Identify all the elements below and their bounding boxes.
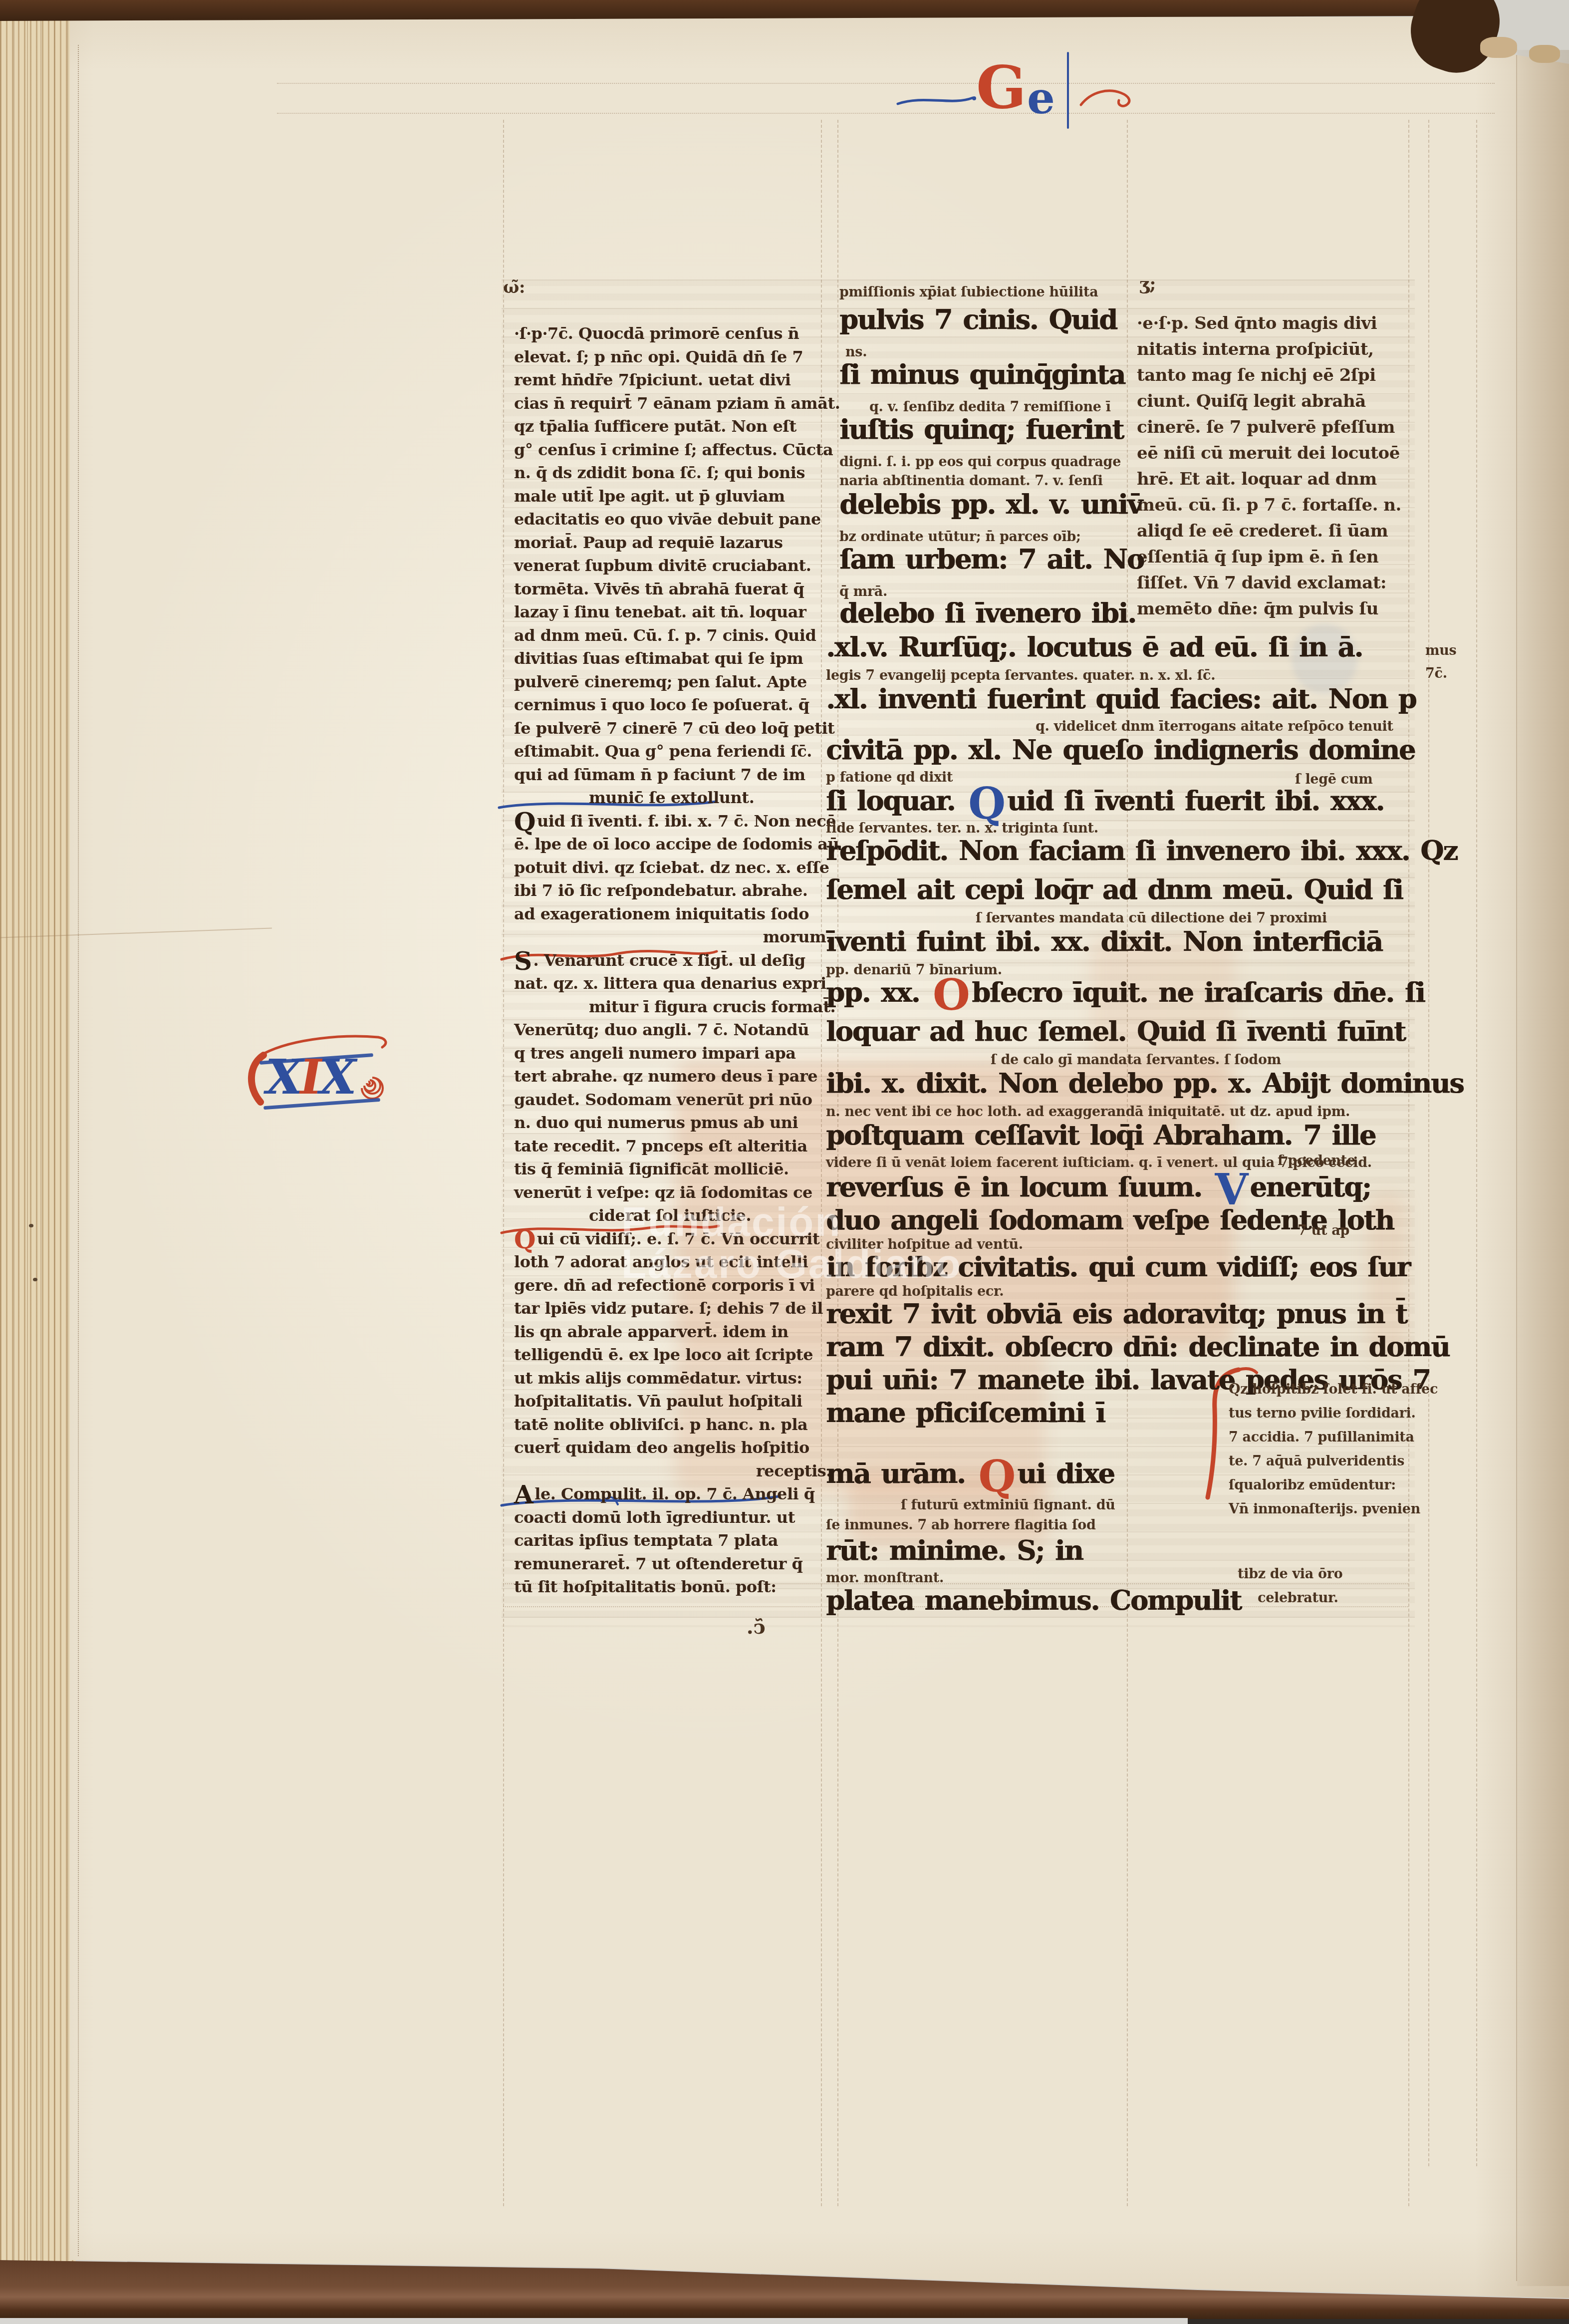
- right-crease: [1516, 55, 1517, 2281]
- bible-line: .xl. inventi fuerint quid facies: ait. N…: [826, 683, 1416, 715]
- bible-line: pulvis 7 cinis. Quid: [839, 303, 1117, 335]
- gloss-line: nitatis interna proſpiciūt,: [1137, 336, 1410, 362]
- bible-line: pp. denariū 7 bīnarium.: [826, 962, 1002, 978]
- bible-line: q. videlicet dnm īterrogans aitate reſpō…: [1036, 719, 1393, 734]
- gloss-line: elevat. ſ; p nn̄c opi. Quidā dn̄ ſe 7: [514, 345, 837, 369]
- chapter-numeral-group: XIX: [235, 1033, 399, 1128]
- illuminated-initial: Q: [976, 1451, 1017, 1501]
- bible-line: ns.: [845, 344, 867, 360]
- bible-line: iuſtis quinq; fuerint: [839, 413, 1123, 445]
- bible-line: q. v. ſenſibz dedita 7 remiſſione ī: [869, 399, 1111, 415]
- gloss-line: g° cenſus ī crimine ſ; affectus. Cūcta: [514, 438, 837, 462]
- bible-line: reverſus ē in locum ſuum. Venerūtq;: [826, 1171, 1371, 1203]
- gloss-line: lis qn abrale apparvert̄. idem in: [514, 1320, 837, 1344]
- bible-line: ſ ſervantes mandata cū dilectione dei 7 …: [976, 910, 1327, 926]
- gloss-line: qui ad ſūmam n̄ p faciunt 7 de im: [514, 763, 837, 787]
- manuscript-photo: G e XIX ·ſ·p·7c̄. Quocdā primorē cenſu: [0, 0, 1569, 2324]
- gloss-line: ut mkis alijs commēdatur. virtus:: [514, 1367, 837, 1390]
- gloss-line: qz tp̄alia ſufficere putāt. Non eſt: [514, 415, 837, 438]
- bible-line: platea manebimus. Compulit: [826, 1584, 1241, 1616]
- right-gloss-column: ·e·ſ·p. Sed q̄nto magis divinitatis inte…: [1137, 310, 1410, 622]
- bible-line: fide ſervantes. ter. n. x. triginta ſunt…: [826, 821, 1098, 836]
- gloss-line: mitur ī figura crucis format̄.: [514, 995, 837, 1019]
- gloss-line: cuert̄ quidam deo angelis hoſpitio: [514, 1436, 837, 1459]
- bible-line: ſi loquar. Quid ſi īventi fuerit ibi. xx…: [826, 785, 1384, 817]
- marginal-note: ſ pcedente: [1278, 1153, 1355, 1168]
- running-title-blue-stroke: [1067, 52, 1069, 129]
- ruling-vertical: [503, 120, 504, 2206]
- bible-line: īventi fuint ibi. xx. dixit. Non interfi…: [826, 925, 1382, 957]
- watermark-line2: Lázaro Galdiano: [621, 1241, 962, 1288]
- gloss-line: remt hn̄dr̄e 7ſpiciunt. uetat divi: [514, 368, 837, 392]
- page-tab: [1480, 37, 1517, 58]
- ruling-horizontal: [277, 113, 1495, 114]
- bible-line: ſ de calo gī mandata ſervantes. ſ ſodom: [991, 1052, 1281, 1068]
- bible-line: pp. xx. Obſecro īquit. ne iraſcaris dn̄e…: [826, 976, 1424, 1008]
- gloss-line: Venerūtq; duo angli. 7 c̄. Notandū: [514, 1018, 837, 1042]
- ruling-vertical: [1476, 120, 1477, 2166]
- shadow-wedge: [1188, 2319, 1569, 2324]
- bible-line: ſam urbem: 7 ait. No: [839, 543, 1144, 575]
- illuminated-initial: A: [514, 1480, 534, 1509]
- gloss-line: tar lpiēs vidz putare. ſ; dehis 7 de il: [514, 1297, 837, 1320]
- bible-line: ſemel ait cepi loq̄r ad dnm meū. Quid ſi: [826, 873, 1402, 905]
- running-title-letter-g: G: [976, 58, 1027, 117]
- gloss-line: ad exagerationem iniquitatis ſodo: [514, 902, 837, 926]
- marginal-note: c̃.: [747, 1615, 766, 1639]
- gloss-line: edacitatis eo quo vivāe debuit pane: [514, 508, 837, 531]
- bible-line: n. nec vent ibi ce hoc loth. ad exaggera…: [826, 1104, 1350, 1120]
- bible-line: loquar ad huc ſemel. Quid ſi īventi fuīn…: [826, 1015, 1405, 1047]
- gloss-line: tormēta. Vivēs tn̄ abrahā fuerat q̄: [514, 578, 837, 601]
- illuminated-initial: Q: [514, 807, 537, 837]
- marginal-note: ω̃:: [503, 278, 525, 297]
- gloss-line: ſiſſet. Vn̄ 7 david exclamat:: [1137, 570, 1410, 596]
- running-title-letter-e: e: [1027, 76, 1055, 120]
- gloss-line: n. q̄ ds zdidit bona ſc̄. ſ; qui bonis: [514, 461, 837, 485]
- gloss-line: celebratur.: [1258, 1590, 1338, 1606]
- chapter-numeral: XIX: [261, 1053, 358, 1101]
- gloss-line: telligendū ē. ex lpe loco ait ſcripte: [514, 1343, 837, 1367]
- gloss-line: cernimus ī quo loco ſe poſuerat. q̄: [514, 693, 837, 717]
- page-tab: [1529, 45, 1560, 63]
- gloss-line: tatē nolite obliviſci. p hanc. n. pla: [514, 1413, 837, 1437]
- bible-line: delebo ſi īvenero ibi.: [839, 597, 1136, 629]
- gloss-line: caritas ipſius temptata 7 plata: [514, 1529, 837, 1552]
- bible-line: digni. ſ. i. pp eos qui corpus quadrage: [839, 454, 1121, 470]
- gloss-line: venerat ſupbum divitē cruciabant.: [514, 554, 837, 578]
- illuminated-initial: S: [514, 946, 533, 976]
- watermark-line1: Fundación: [621, 1199, 842, 1246]
- gloss-line: tert abrahe. qz numero deus ī pare: [514, 1065, 837, 1088]
- gloss-line: ·ſ·p·7c̄. Quocdā primorē cenſus n̄: [514, 322, 837, 345]
- bible-line: pmiſſionis xp̄iat ſubiectione hūilita: [839, 285, 1098, 300]
- gloss-line: divitias ſuas eſtimabat qui ſe ipm: [514, 647, 837, 670]
- gloss-line: ibi 7 iō ſic reſpondebatur. abrahe.: [514, 879, 837, 902]
- gloss-line: potuit divi. qz ſciebat. dz nec. x. eſſe: [514, 856, 837, 879]
- edge-speck: [29, 1224, 33, 1227]
- bible-line: rūt: minime. S; in: [826, 1534, 1082, 1566]
- gloss-line: eē niſi cū meruit dei locutoē: [1137, 440, 1410, 466]
- gloss-line: ciunt. Quiſq̄ legit abrahā: [1137, 388, 1410, 414]
- gloss-line: nat. qz. x. littera qua denarius expri: [514, 972, 837, 995]
- illuminated-initial: O: [930, 970, 972, 1020]
- gloss-line: tū ſit hoſpitalitatis bonū. poſt:: [514, 1575, 837, 1599]
- right-page-shade: [1517, 50, 1569, 2286]
- ruling-horizontal: [277, 83, 1495, 84]
- gloss-line: lazay ī ſinu tenebat. ait tn̄. loquar: [514, 600, 837, 624]
- bible-line: ram 7 dixit. obſecro dn̄i: declinate in …: [826, 1331, 1449, 1363]
- gloss-line: ſe pulverē 7 cinerē 7 cū deo loq̄ petit: [514, 717, 837, 740]
- marginal-note: 7c̄.: [1425, 666, 1447, 681]
- book-page-edges: [0, 12, 76, 2268]
- gloss-line: tibz de via ōro: [1238, 1566, 1342, 1582]
- table-edge: [0, 2318, 1188, 2324]
- leaf-edge-line: [78, 45, 79, 2256]
- gloss-line: ad dnm meū. Cū. ſ. p. 7 cinis. Quid: [514, 624, 837, 647]
- gloss-line: eſtimabit. Qua g° pena feriendi ſc̄.: [514, 740, 837, 763]
- bible-line: rexit 7 ivit obviā eis adoravitq; pnus i…: [826, 1298, 1407, 1330]
- bible-line: .xl.v. Rurſūq;. locutus ē ad eū. ſi in ā…: [826, 631, 1362, 663]
- gloss-line: 7 accidia. 7 puſillanimita: [1229, 1430, 1414, 1445]
- bible-line: poſtquam ceſſavit loq̄i Abraham. 7 ille: [826, 1119, 1375, 1151]
- marginal-note: ʒ;: [1139, 274, 1156, 294]
- gloss-line: moriat̄. Paup ad requiē lazarus: [514, 531, 837, 555]
- gloss-line: morum.: [514, 925, 837, 949]
- bible-line: ibi. x. dixit. Non delebo pp. x. Abijt d…: [826, 1067, 1463, 1099]
- gloss-line: Qz hoſpitibz ſolet fi. ut affec: [1229, 1382, 1438, 1397]
- bible-line: ſe inmunes. 7 ab horrere flagitia ſod: [826, 1517, 1096, 1533]
- bible-line: mane pficiſcemini ī: [826, 1397, 1105, 1429]
- bible-line: mā urām. Qui dixe: [826, 1457, 1114, 1489]
- gloss-line: ſqualoribz emūdentur:: [1229, 1477, 1396, 1493]
- illuminated-initial: Q: [514, 1225, 537, 1254]
- left-gloss-column: ·ſ·p·7c̄. Quocdā primorē cenſus n̄elevat…: [514, 322, 837, 1599]
- gloss-line: te. 7 aq̄uā pulveridentis: [1229, 1453, 1404, 1469]
- gloss-line: aliqd ſe eē crederet. ſi ūam: [1137, 518, 1410, 544]
- gloss-line: pulverē cineremq; pen ſalut. Apte: [514, 670, 837, 694]
- gloss-line: gaudet. Sodomam venerūt pri nūo: [514, 1088, 837, 1112]
- gloss-line: receptis.: [514, 1459, 837, 1483]
- gloss-line: Quid ſi īventi. f. ibi. x. 7 c̄. Non nec…: [514, 810, 837, 833]
- gloss-line: coacti domū loth īgrediuntur. ut: [514, 1506, 837, 1529]
- gloss-line: cinerē. ſe 7 pulverē pfeſſum: [1137, 414, 1410, 440]
- gloss-line: tus terno pvilie ſordidari.: [1229, 1406, 1416, 1421]
- ruling-vertical: [1428, 120, 1429, 2166]
- bible-line: civitā pp. xl. Ne queſo indigneris domin…: [826, 734, 1415, 766]
- gloss-line: Ale. Compulit. il. op. 7 c̄. Angeli q̄: [514, 1482, 837, 1506]
- gloss-line: hoſpitalitatis. Vn̄ paulut hoſpitali: [514, 1390, 837, 1413]
- bible-line: ſ futurū extminiū ſignant. dū: [901, 1497, 1115, 1513]
- gloss-line: ē. lpe de oī loco accipe de ſodomis aū: [514, 833, 837, 856]
- gloss-line: tate recedit. 7 pnceps eſt alteritia: [514, 1135, 837, 1158]
- marginal-note: 7 ut ap: [1298, 1223, 1349, 1238]
- gloss-line: memēto dn̄e: q̄m pulvis ſu: [1137, 596, 1410, 622]
- red-curl-icon: [1078, 86, 1148, 110]
- gloss-line: male utit̄ lpe agit. ut p̄ gluviam: [514, 485, 837, 508]
- gloss-line: ·e·ſ·p. Sed q̄nto magis divi: [1137, 310, 1410, 336]
- bible-line: naria abſtinentia domant. 7. v. ſenſi: [839, 473, 1103, 489]
- blue-flourish-icon: [896, 93, 981, 109]
- gloss-line: q tres angeli numero impari apa: [514, 1042, 837, 1065]
- gloss-line: munic̄ ſe extollunt.: [514, 786, 837, 810]
- gloss-line: n. duo qui numerus pmus ab uni: [514, 1111, 837, 1135]
- gloss-line: tis q̄ feminiā ſignificāt molliciē.: [514, 1158, 837, 1181]
- bible-line: bz ordinate utūtur; n̄ parces oīb;: [839, 529, 1081, 545]
- gloss-line: eſſentiā q̄ ſup ipm ē. n̄ ſen: [1137, 544, 1410, 570]
- gloss-line: tanto mag ſe nichj eē 2ſpi: [1137, 362, 1410, 388]
- bible-line: legis 7 evangelij pcepta ſervantes. quat…: [826, 668, 1215, 683]
- gloss-line: meū. cū. ſi. p 7 c̄. fortaſſe. n.: [1137, 492, 1410, 518]
- gloss-line: remuneraret̄. 7 ut oſtenderetur q̄: [514, 1552, 837, 1576]
- gloss-line: cias n̄ requirt̄ 7 eānam pziam n̄ amāt.: [514, 392, 837, 415]
- gloss-line: hrē. Et ait. loquar ad dnm: [1137, 466, 1410, 492]
- marginal-note: mus: [1425, 643, 1457, 658]
- bible-line: delebis pp. xl. v. univ̄: [839, 488, 1142, 520]
- edge-speck: [33, 1278, 37, 1281]
- bible-line: ſi minus quinq̄ginta: [839, 358, 1125, 390]
- gloss-line: Vn̄ inmonaſterijs. pvenien: [1229, 1501, 1420, 1517]
- bible-line: mor. monſtrant.: [826, 1570, 944, 1586]
- bible-line: reſpōdit. Non faciam ſi invenero ibi. xx…: [826, 835, 1457, 867]
- bible-line: p fatione qd dixit: [826, 770, 953, 785]
- gloss-line: S. Venarunt crucē x ſigt̄. ul deſig: [514, 949, 837, 972]
